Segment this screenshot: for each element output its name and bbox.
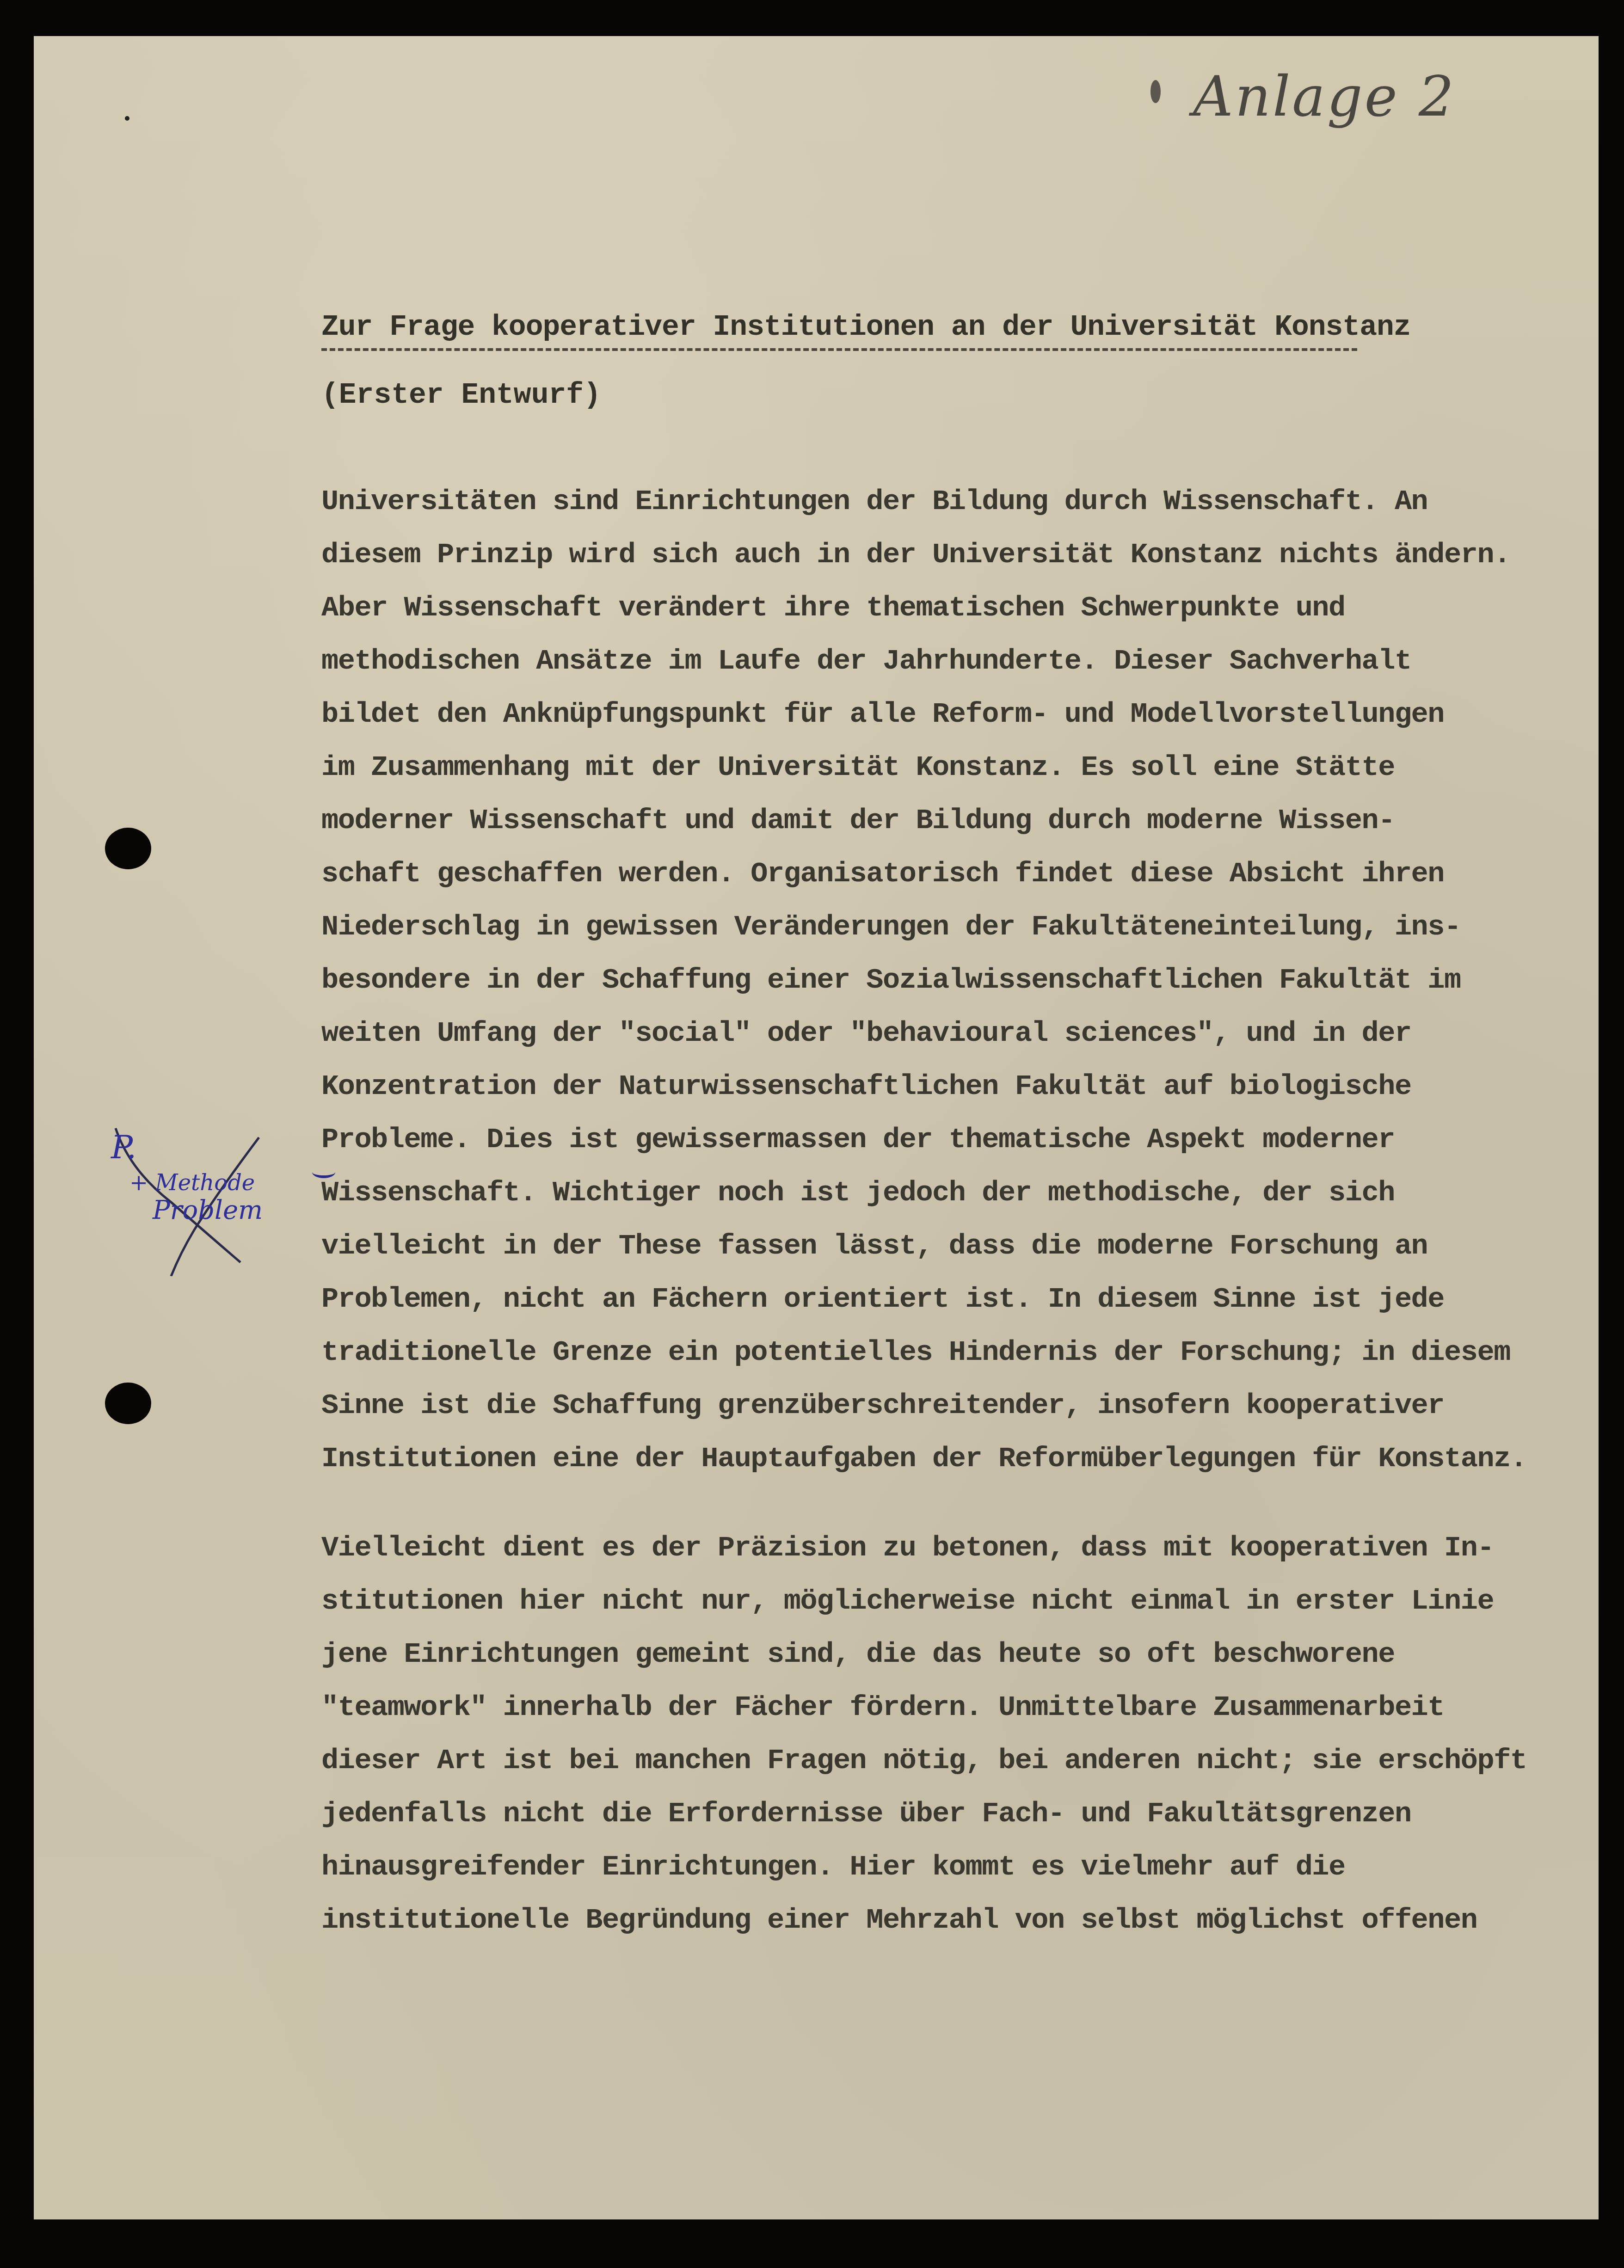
punch-hole-bottom [105, 1383, 151, 1424]
margin-annotation: P. + Methode Problem [111, 1128, 287, 1248]
text-line: Konzentration der Naturwissenschaftliche… [321, 1060, 1527, 1113]
pen-underline-mark [312, 1166, 335, 1178]
text-line: jedenfalls nicht die Erfordernisse über … [321, 1787, 1527, 1840]
text-line: vielleicht in der These fassen lässt, da… [321, 1219, 1527, 1272]
text-line: stitutionen hier nicht nur, möglicherwei… [321, 1574, 1527, 1628]
margin-note-line2: + Methode [129, 1170, 255, 1196]
text-line: Universitäten sind Einrichtungen der Bil… [321, 475, 1527, 528]
text-line: bildet den Anknüpfungspunkt für alle Ref… [321, 688, 1527, 741]
text-line: Institutionen eine der Hauptaufgaben der… [321, 1432, 1527, 1485]
text-line: Problemen, nicht an Fächern orientiert i… [321, 1272, 1527, 1326]
text-line: schaft geschaffen werden. Organisatorisc… [321, 847, 1527, 900]
text-line: Aber Wissenschaft verändert ihre themati… [321, 581, 1527, 634]
text-line: hinausgreifender Einrichtungen. Hier kom… [321, 1840, 1527, 1893]
text-line: Wissenschaft. Wichtiger noch ist jedoch … [321, 1166, 1527, 1219]
punch-hole-top [105, 828, 151, 869]
text-line: besondere in der Schaffung einer Sozialw… [321, 953, 1527, 1007]
ink-speck [125, 116, 129, 121]
document-title: Zur Frage kooperativer Institutionen an … [321, 311, 1411, 344]
text-line: diesem Prinzip wird sich auch in der Uni… [321, 528, 1527, 581]
text-line: institutionelle Begründung einer Mehrzah… [321, 1893, 1527, 1947]
text-line: im Zusammenhang mit der Universität Kons… [321, 741, 1527, 794]
text-line: "teamwork" innerhalb der Fächer fördern.… [321, 1681, 1527, 1734]
text-line: Sinne ist die Schaffung grenzüberschreit… [321, 1379, 1527, 1432]
text-line: moderner Wissenschaft und damit der Bild… [321, 794, 1527, 847]
text-line: Probleme. Dies ist gewissermassen der th… [321, 1113, 1527, 1166]
text-line: traditionelle Grenze ein potentielles Hi… [321, 1326, 1527, 1379]
margin-note-line3: Problem [153, 1195, 263, 1225]
title-block: Zur Frage kooperativer Institutionen an … [321, 311, 1411, 412]
paragraph-2: Vielleicht dient es der Präzision zu bet… [321, 1521, 1527, 1947]
text-line: jene Einrichtungen gemeint sind, die das… [321, 1628, 1527, 1681]
text-line: Niederschlag in gewissen Veränderungen d… [321, 900, 1527, 953]
text-line: dieser Art ist bei manchen Fragen nötig,… [321, 1734, 1527, 1787]
margin-note-line1: P. [111, 1128, 136, 1166]
handwritten-label: Anlage 2 [1193, 65, 1456, 129]
document-subtitle: (Erster Entwurf) [321, 379, 1411, 412]
ink-speck [1150, 80, 1161, 103]
text-line: weiten Umfang der "social" oder "behavio… [321, 1007, 1527, 1060]
text-line: methodischen Ansätze im Laufe der Jahrhu… [321, 634, 1527, 688]
paragraph-1: Universitäten sind Einrichtungen der Bil… [321, 475, 1527, 1485]
text-line: Vielleicht dient es der Präzision zu bet… [321, 1521, 1527, 1574]
title-underline [321, 348, 1357, 351]
